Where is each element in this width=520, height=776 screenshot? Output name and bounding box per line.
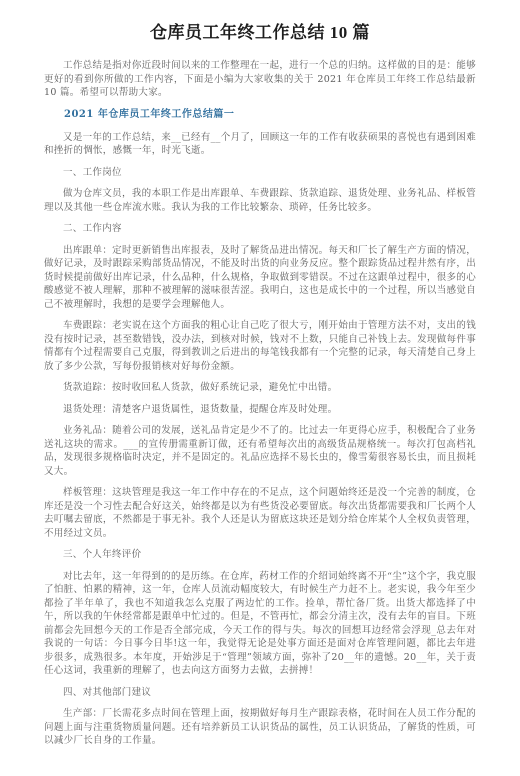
paragraph: 二、工作内容 (44, 222, 476, 236)
paragraph: 三、个人年终评价 (44, 548, 476, 562)
paragraph: 样板管理：这块管理是我这一年工作中存在的不足点，这个问题始终还是没一个完善的制度… (44, 486, 476, 540)
section-heading: 2021 年仓库员工年终工作总结篇一 (44, 108, 476, 122)
paragraph: 做为仓库文员，我的本职工作是出库跟单、车费跟踪、货款追踪、退货处理、业务礼品、样… (44, 187, 476, 214)
document-page: 仓库员工年终工作总结 10 篇 工作总结是指对你近段时间以来的工作整理在一起，进… (0, 0, 520, 776)
paragraph: 又是一年的工作总结，来__已经有__个月了，回顾这一年的工作有收获硕果的喜悦也有… (44, 131, 476, 158)
paragraph: 对比去年，这一年得到的的是历练。在仓库，药材工作的介绍词始终离不开“尘”这个字，… (44, 570, 476, 678)
paragraph: 四、对其他部门建议 (44, 686, 476, 700)
article-body: 又是一年的工作总结，来__已经有__个月了，回顾这一年的工作有收获硕果的喜悦也有… (44, 131, 476, 748)
document-title: 仓库员工年终工作总结 10 篇 (44, 22, 476, 44)
intro-paragraph: 工作总结是指对你近段时间以来的工作整理在一起，进行一个总的归纳。这样做的目的是：… (44, 59, 476, 100)
paragraph: 生产部：厂长需花多点时间在管理上面，按期做好每月生产跟踪表格，花时间在人员工作分… (44, 707, 476, 748)
paragraph: 出库跟单：定时更新销售出库报表，及时了解货品进出情况。每天和厂长了解生产方面的情… (44, 244, 476, 312)
paragraph: 退货处理：清楚客户退货属性，退货数量，提醒仓库及时处理。 (44, 403, 476, 417)
paragraph: 业务礼品：随着公司的发展，送礼品肯定是少不了的。比过去一年更得心应手，积极配合了… (44, 424, 476, 478)
paragraph: 一、工作岗位 (44, 166, 476, 180)
paragraph: 货款追踪：按时收回私人货款，做好系统记录，避免忙中出错。 (44, 381, 476, 395)
paragraph: 车费跟踪：老实说在这个方面我的粗心让自己吃了很大亏，刚开始由于管理方法不对，支出… (44, 319, 476, 373)
